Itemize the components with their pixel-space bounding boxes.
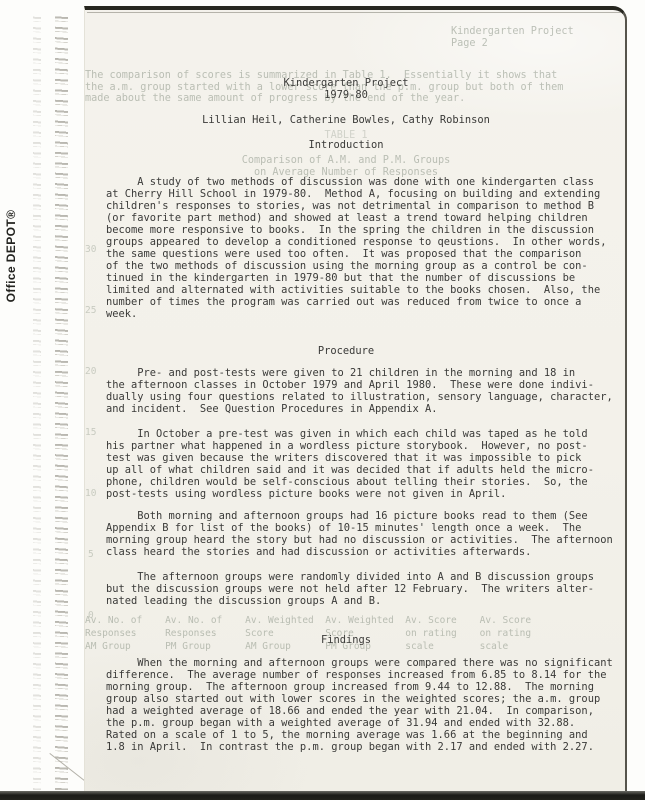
ghost-axis-number: 5 [88,549,94,560]
scan-bottom-edge [0,791,645,800]
paragraph-procedure-1: Pre- and post-tests were given to 21 chi… [106,367,618,415]
ghost-table-title: Comparison of A.M. and P.M. Groups on Av… [106,155,586,178]
doc-authors: Lillian Heil, Catherine Bowles, Cathy Ro… [106,114,586,126]
doc-title-line2: 1979-80 [106,89,586,101]
paragraph-procedure-3: Both morning and afternoon groups had 16… [106,510,618,558]
scanned-document: Office DEPOT® Kindergarten Project Page … [0,0,645,800]
paragraph-findings-1: When the morning and afternoon groups we… [106,657,618,753]
document-page: Kindergarten Project Page 2 The comparis… [84,6,627,792]
doc-title-line1: Kindergarten Project [106,77,586,89]
office-depot-brand-text: Office DEPOT® [4,200,20,312]
paragraph-procedure-4: The afternoon groups were randomly divid… [106,571,618,607]
ghost-axis-number: 20 [85,366,96,377]
paragraph-procedure-2: In October a pre-test was given in which… [106,428,618,500]
paragraph-introduction-1: A study of two methods of discussion was… [106,176,618,320]
heading-procedure: Procedure [106,345,586,357]
ghost-axis-number: 30 [85,244,96,255]
binding-perforations [55,14,68,790]
binding-perforations-inner [33,14,41,790]
ghost-axis-number: 25 [85,305,96,316]
ghost-page2-header: Kindergarten Project Page 2 [451,26,574,49]
heading-findings: Findings [106,634,586,646]
ghost-axis-number: 15 [85,427,96,438]
heading-introduction: Introduction [106,139,586,151]
ghost-axis-number: 10 [85,488,96,499]
